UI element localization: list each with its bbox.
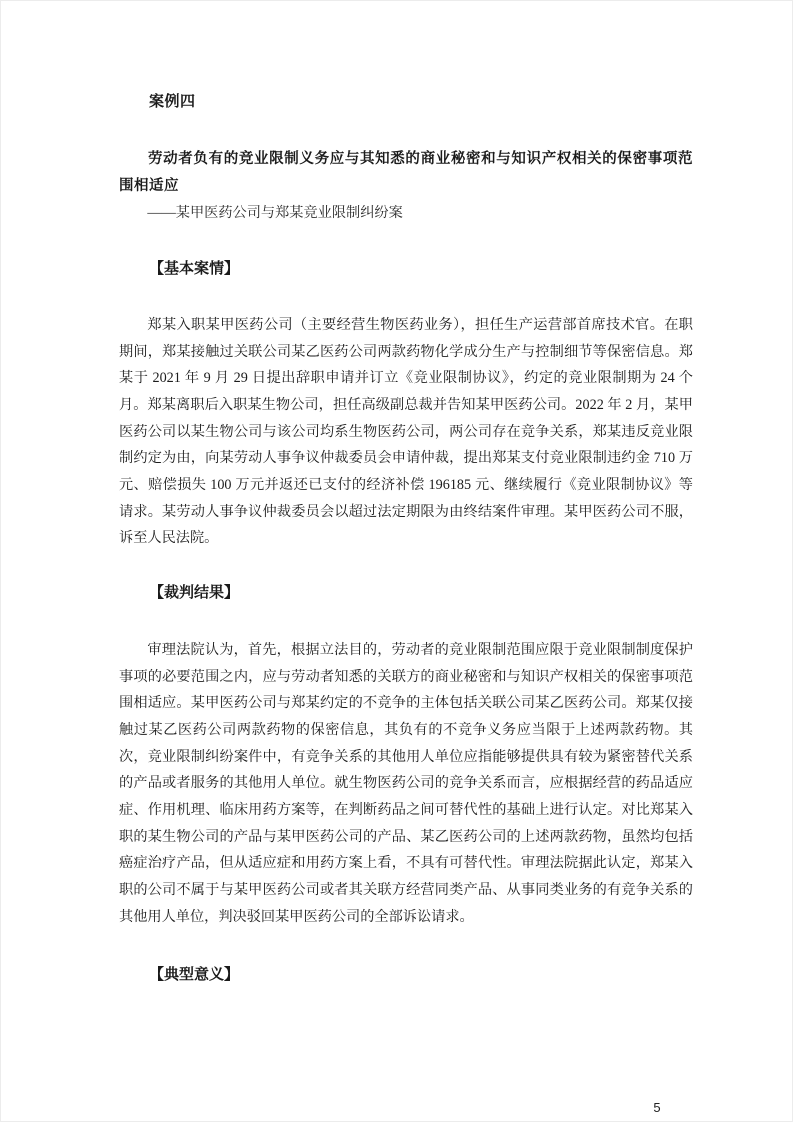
section-heading-judgment-result: 【裁判结果】 — [119, 580, 693, 607]
paragraph-basic-facts: 郑某入职某甲医药公司（主要经营生物医药业务），担任生产运营部首席技术官。在职期间… — [119, 312, 693, 552]
document-page: 案例四 劳动者负有的竞业限制义务应与其知悉的商业秘密和与知识产权相关的保密事项范… — [0, 0, 793, 1122]
case-title: 劳动者负有的竞业限制义务应与其知悉的商业秘密和与知识产权相关的保密事项范围相适应 — [119, 146, 693, 200]
case-subtitle: ——某甲医药公司与郑某竞业限制纠纷案 — [119, 200, 693, 227]
page-number: 5 — [640, 1100, 674, 1116]
case-number-heading: 案例四 — [119, 89, 693, 116]
section-heading-typical-significance: 【典型意义】 — [119, 962, 693, 989]
paragraph-judgment-result: 审理法院认为，首先，根据立法目的，劳动者的竞业限制范围应限于竞业限制制度保护事项… — [119, 637, 693, 930]
section-heading-basic-facts: 【基本案情】 — [119, 256, 693, 283]
